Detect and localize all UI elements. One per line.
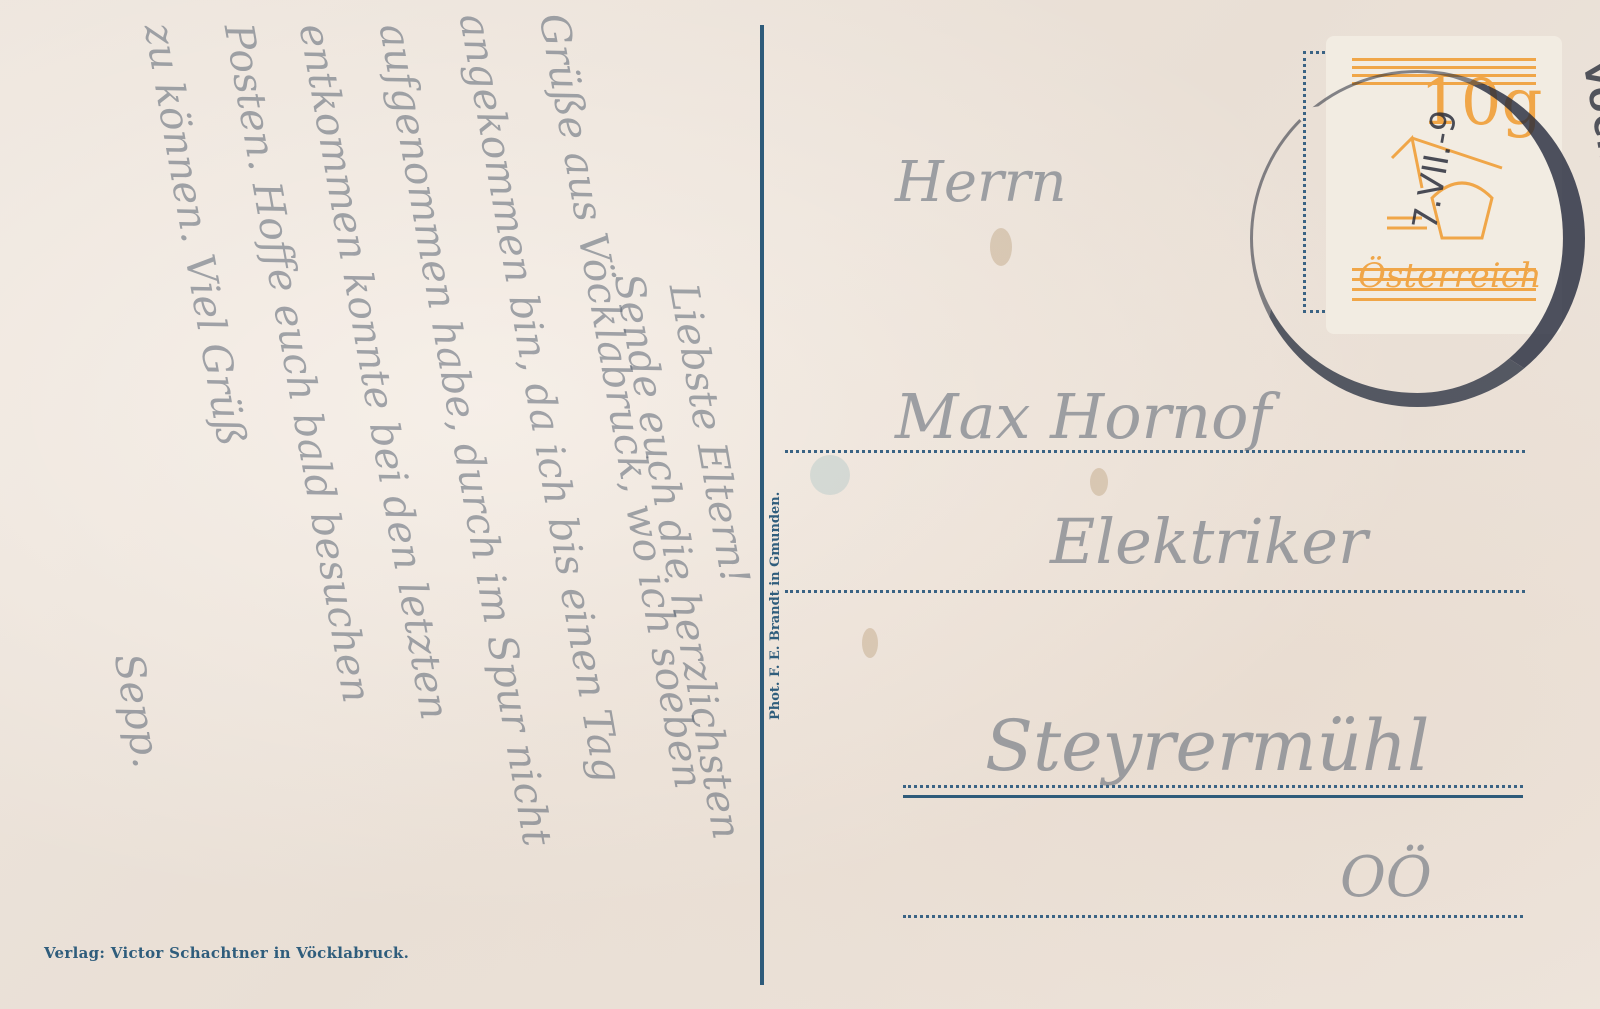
address-salutation: Herrn (895, 150, 1067, 215)
paper-stain (1090, 468, 1108, 496)
address-occupation: Elektriker (1050, 505, 1368, 578)
address-region: OÖ (1340, 845, 1432, 910)
paper-stain (862, 628, 878, 658)
postcard-back: Liebste Eltern! Sende euch die herzlichs… (0, 0, 1600, 1009)
paper-stain (810, 455, 850, 495)
address-town: Steyrermühl (985, 705, 1429, 787)
address-line (903, 915, 1523, 918)
address-name: Max Hornof (895, 380, 1271, 453)
postmark-circle (1250, 70, 1585, 407)
paper-stain (990, 228, 1012, 266)
address-line-solid (903, 795, 1523, 798)
photographer-imprint: Phot. F. E. Brandt in Gmunden. (768, 492, 783, 720)
center-divider (760, 25, 764, 985)
publisher-imprint: Verlag: Victor Schachtner in Vöcklabruck… (44, 944, 409, 962)
address-line (785, 590, 1525, 593)
